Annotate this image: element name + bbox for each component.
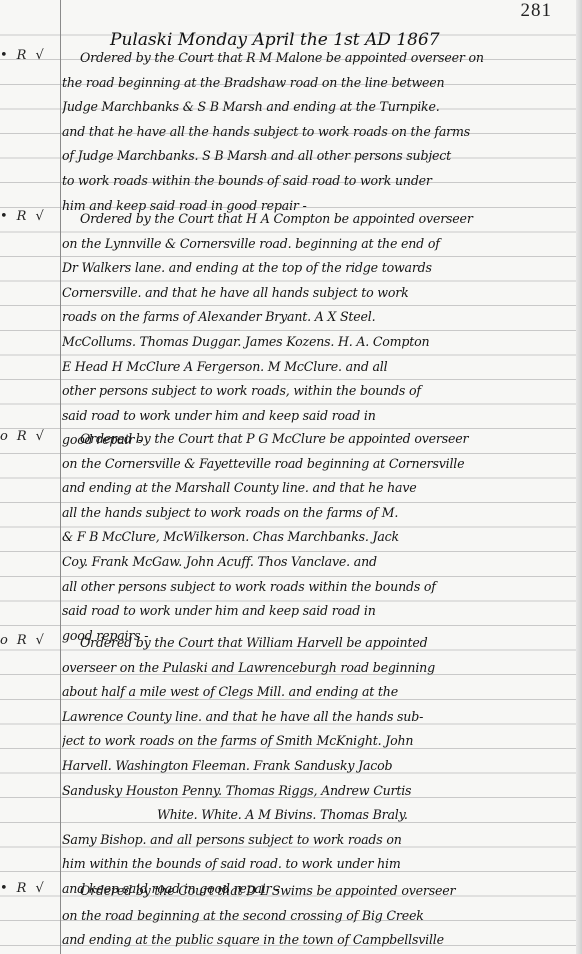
text-line: said road to work under him and keep sai… bbox=[62, 599, 578, 624]
text-line: on the road beginning at the second cros… bbox=[62, 904, 578, 929]
margin-check: √ bbox=[35, 209, 43, 224]
margin-initial: R bbox=[17, 881, 27, 896]
margin-bullet: • bbox=[0, 209, 8, 224]
text-line: and ending at the public square in the t… bbox=[62, 928, 578, 953]
text-line: Dr Walkers lane. and ending at the top o… bbox=[62, 256, 578, 281]
entry-text: Ordered by the Court that P G McClure be… bbox=[62, 427, 578, 648]
text-line: about half a mile west of Clegs Mill. an… bbox=[62, 680, 578, 705]
text-line: McCollums. Thomas Duggar. James Kozens. … bbox=[62, 330, 578, 355]
text-line: Ordered by the Court that William Harvel… bbox=[62, 631, 578, 656]
text-line: other persons subject to work roads, wit… bbox=[62, 379, 578, 404]
margin-check: √ bbox=[35, 48, 43, 63]
text-line: on the Cornersville & Fayetteville road … bbox=[62, 452, 578, 477]
entry-text: Ordered by the Court that William Harvel… bbox=[62, 631, 578, 902]
entry-text: Ordered by the Court that R M Malone be … bbox=[62, 46, 578, 218]
text-line: Sandusky Houston Penny. Thomas Riggs, An… bbox=[62, 779, 578, 804]
margin-notations: oR√ bbox=[0, 429, 58, 444]
text-line: and that he have all the hands subject t… bbox=[62, 120, 578, 145]
text-line: ject to work roads on the farms of Smith… bbox=[62, 729, 578, 754]
text-line: all other persons subject to work roads … bbox=[62, 575, 578, 600]
text-line: Coy. Frank McGaw. John Acuff. Thos Vancl… bbox=[62, 550, 578, 575]
text-line: Ordered by the Court that H A Compton be… bbox=[62, 207, 578, 232]
margin-rule bbox=[60, 0, 61, 954]
ledger-page: 281 Pulaski Monday April the 1st AD 1867… bbox=[0, 0, 582, 954]
margin-notations: oR√ bbox=[0, 633, 58, 648]
text-line: said road to work under him and keep sai… bbox=[62, 404, 578, 429]
text-line: overseer on the Pulaski and Lawrenceburg… bbox=[62, 656, 578, 681]
margin-bullet: o bbox=[0, 633, 8, 648]
text-line: Cornersville. and that he have all hands… bbox=[62, 281, 578, 306]
text-line: Samy Bishop. and all persons subject to … bbox=[62, 828, 578, 853]
entry-text: Ordered by the Court that H A Compton be… bbox=[62, 207, 578, 453]
text-line: White. White. A M Bivins. Thomas Braly. bbox=[62, 803, 578, 828]
margin-initial: R bbox=[17, 209, 27, 224]
text-line: on the Lynnville & Cornersville road. be… bbox=[62, 232, 578, 257]
text-line: Harvell. Washington Fleeman. Frank Sandu… bbox=[62, 754, 578, 779]
text-line: and ending at the Marshall County line. … bbox=[62, 476, 578, 501]
text-line: to work roads within the bounds of said … bbox=[62, 169, 578, 194]
margin-bullet: • bbox=[0, 881, 8, 896]
margin-check: √ bbox=[35, 881, 43, 896]
text-line: Lawrence County line. and that he have a… bbox=[62, 705, 578, 730]
margin-check: √ bbox=[36, 429, 44, 444]
text-line: Ordered by the Court that R M Malone be … bbox=[62, 46, 578, 71]
text-line: & F B McClure, McWilkerson. Chas Marchba… bbox=[62, 525, 578, 550]
margin-notations: •R√ bbox=[0, 881, 58, 896]
text-line: Ordered by the Court that D L Swims be a… bbox=[62, 879, 578, 904]
page-number: 281 bbox=[521, 0, 553, 22]
text-line: him within the bounds of said road. to w… bbox=[62, 852, 578, 877]
margin-initial: R bbox=[17, 429, 27, 444]
text-line: of Judge Marchbanks. S B Marsh and all o… bbox=[62, 144, 578, 169]
margin-initial: R bbox=[17, 48, 27, 63]
margin-bullet: o bbox=[0, 429, 8, 444]
margin-notations: •R√ bbox=[0, 209, 58, 224]
entry-text: Ordered by the Court that D L Swims be a… bbox=[62, 879, 578, 953]
text-line: Ordered by the Court that P G McClure be… bbox=[62, 427, 578, 452]
text-line: the road beginning at the Bradshaw road … bbox=[62, 71, 578, 96]
text-line: all the hands subject to work roads on t… bbox=[62, 501, 578, 526]
text-line: Judge Marchbanks & S B Marsh and ending … bbox=[62, 95, 578, 120]
margin-initial: R bbox=[17, 633, 27, 648]
text-line: E Head H McClure A Fergerson. M McClure.… bbox=[62, 355, 578, 380]
margin-notations: •R√ bbox=[0, 48, 58, 63]
text-line: roads on the farms of Alexander Bryant. … bbox=[62, 305, 578, 330]
margin-check: √ bbox=[36, 633, 44, 648]
margin-bullet: • bbox=[0, 48, 8, 63]
